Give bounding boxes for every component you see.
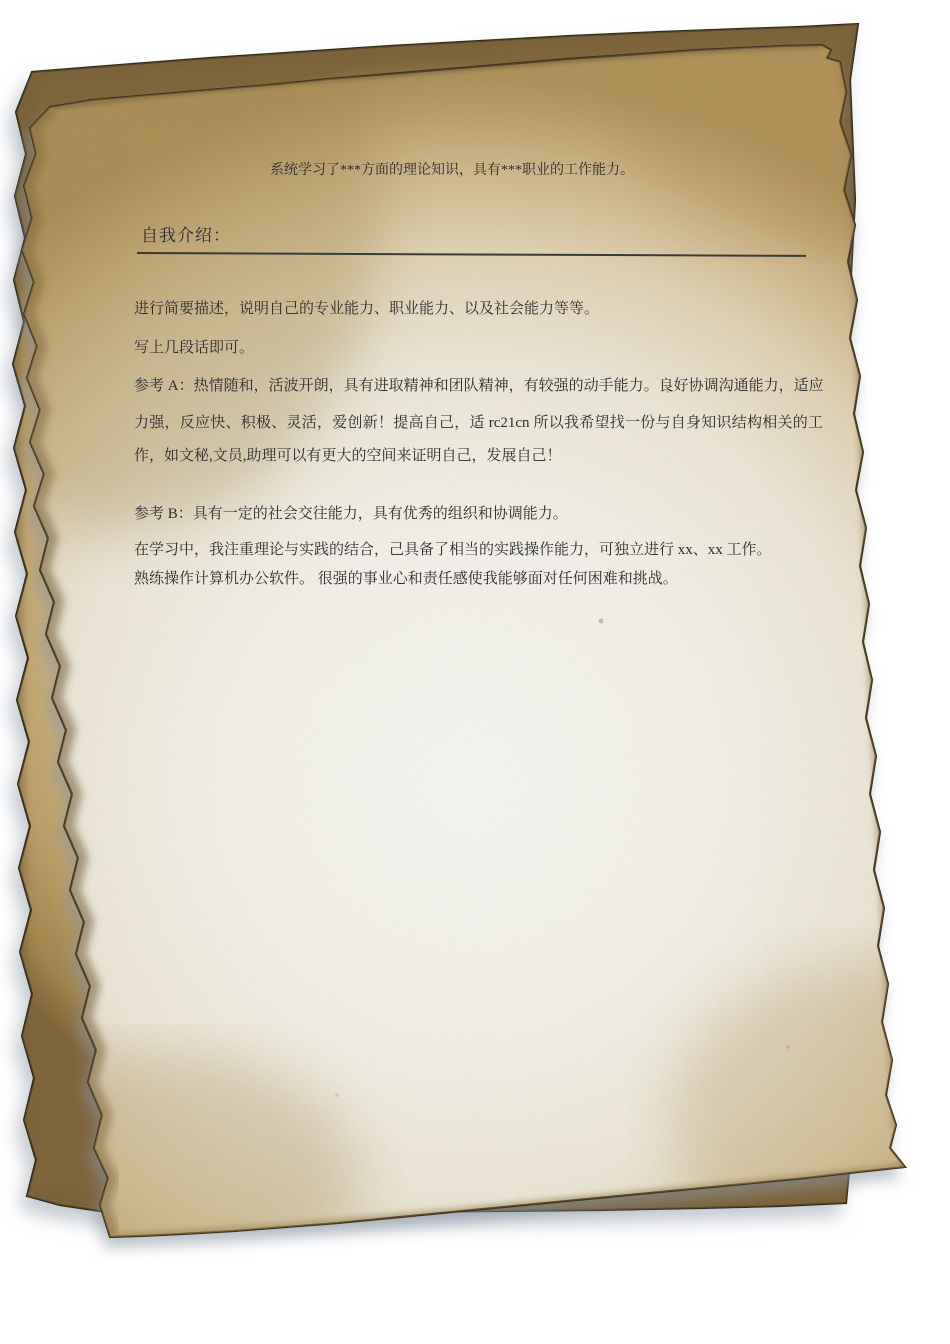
body-line: 熟练操作计算机办公软件。 很强的事业心和责任感使我能够面对任何困难和挑战。 bbox=[134, 570, 678, 589]
document-text: 系统学习了***方面的理论知识，具有***职业的工作能力。 自我介绍： 进行简要… bbox=[0, 0, 950, 1344]
body-line: 力强，反应快、积极、灵活，爱创新！提高自己，适 rc21cn 所以我希望找一份与… bbox=[134, 414, 823, 433]
body-line: 在学习中，我注重理论与实践的结合，己具备了相当的实践操作能力，可独立进行 xx、… bbox=[134, 541, 772, 560]
section-title: 自我介绍： bbox=[141, 225, 231, 246]
parchment-scene: 系统学习了***方面的理论知识，具有***职业的工作能力。 自我介绍： 进行简要… bbox=[0, 0, 950, 1344]
body-line: 进行简要描述，说明自己的专业能力、职业能力、以及社会能力等等。 bbox=[134, 300, 599, 319]
body-line: 写上几段话即可。 bbox=[134, 339, 254, 358]
body-line: 作，如文秘,文员,助理可以有更大的空间来证明自己，发展自己！ bbox=[134, 447, 562, 466]
body-line: 参考 A：热情随和，活波开朗，具有进取精神和团队精神，有较强的动手能力。良好协调… bbox=[134, 377, 823, 396]
body-line: 参考 B：具有一定的社会交往能力，具有优秀的组织和协调能力。 bbox=[134, 505, 568, 524]
intro-line: 系统学习了***方面的理论知识，具有***职业的工作能力。 bbox=[270, 162, 634, 180]
title-underline bbox=[137, 252, 806, 257]
